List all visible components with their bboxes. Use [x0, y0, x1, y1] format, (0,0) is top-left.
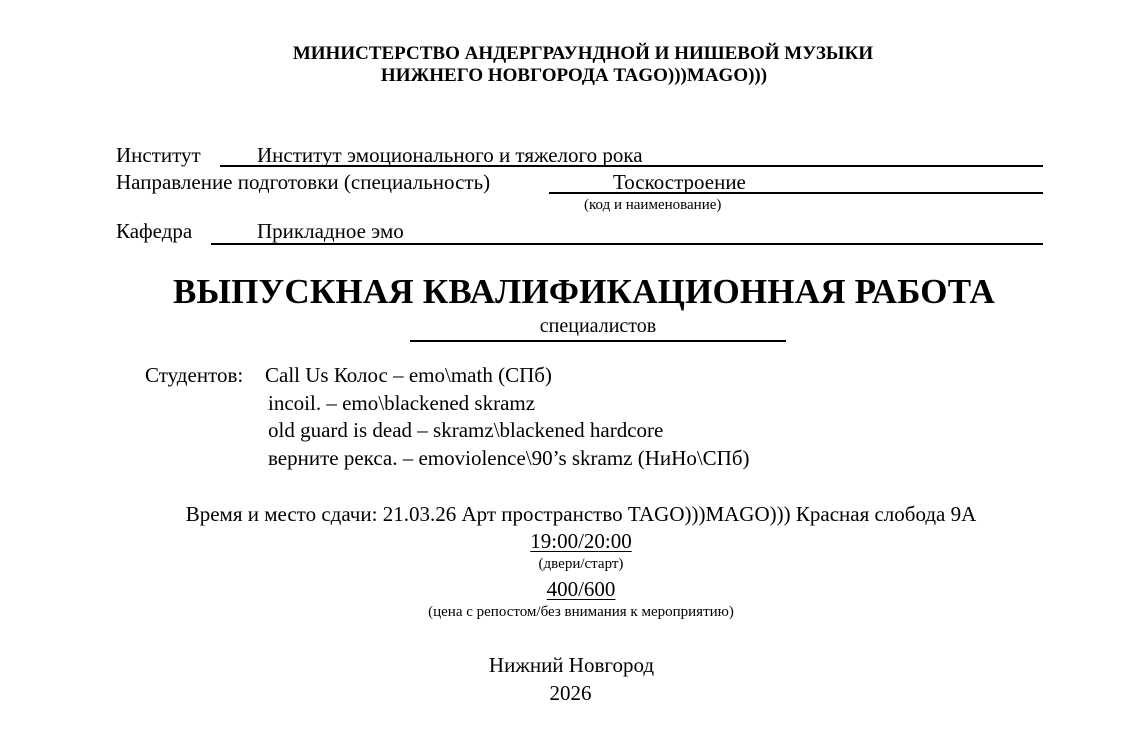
- student-item: incoil. – emo\blackened skramz: [268, 390, 535, 418]
- direction-underline: [549, 192, 1043, 194]
- student-item: Call Us Колос – emo\math (СПб): [265, 362, 552, 390]
- event-price-value: 400/600: [547, 577, 616, 601]
- students-label: Студентов:: [145, 362, 243, 390]
- event-price: 400/600: [0, 576, 1121, 602]
- direction-label: Направление подготовки (специальность): [116, 170, 490, 194]
- institute-underline: [220, 165, 1043, 167]
- direction-value: Тоскостроение: [613, 170, 746, 194]
- ministry-line-2: НИЖНЕГО НОВГОРОДА TAGO)))MAGO))): [0, 65, 1121, 87]
- document-subtitle: специалистов: [410, 314, 786, 338]
- event-place-line: Время и место сдачи: 21.03.26 Арт простр…: [0, 501, 1121, 527]
- event-time: 19:00/20:00: [0, 528, 1121, 554]
- direction-caption: (код и наименование): [584, 197, 721, 214]
- subtitle-underline: [410, 340, 786, 342]
- institute-label: Институт: [116, 143, 201, 167]
- event-price-caption: (цена с репостом/без внимания к мероприя…: [0, 603, 1121, 621]
- student-item: верните рекса. – emoviolence\90’s skramz…: [268, 445, 750, 473]
- student-item: old guard is dead – skramz\blackened har…: [268, 417, 663, 445]
- department-underline: [211, 243, 1043, 245]
- footer-year: 2026: [0, 680, 1121, 706]
- document-title: ВЫПУСКНАЯ КВАЛИФИКАЦИОННАЯ РАБОТА: [0, 272, 1121, 312]
- department-label: Кафедра: [116, 219, 192, 243]
- ministry-header: МИНИСТЕРСТВО АНДЕРГРАУНДНОЙ И НИШЕВОЙ МУ…: [0, 43, 1121, 87]
- department-value: Прикладное эмо: [257, 219, 404, 243]
- event-time-caption: (двери/старт): [0, 555, 1121, 573]
- institute-value: Институт эмоционального и тяжелого рока: [257, 143, 643, 167]
- footer-city: Нижний Новгород: [0, 652, 1121, 678]
- event-time-value: 19:00/20:00: [530, 529, 632, 553]
- ministry-line-1: МИНИСТЕРСТВО АНДЕРГРАУНДНОЙ И НИШЕВОЙ МУ…: [0, 43, 1121, 65]
